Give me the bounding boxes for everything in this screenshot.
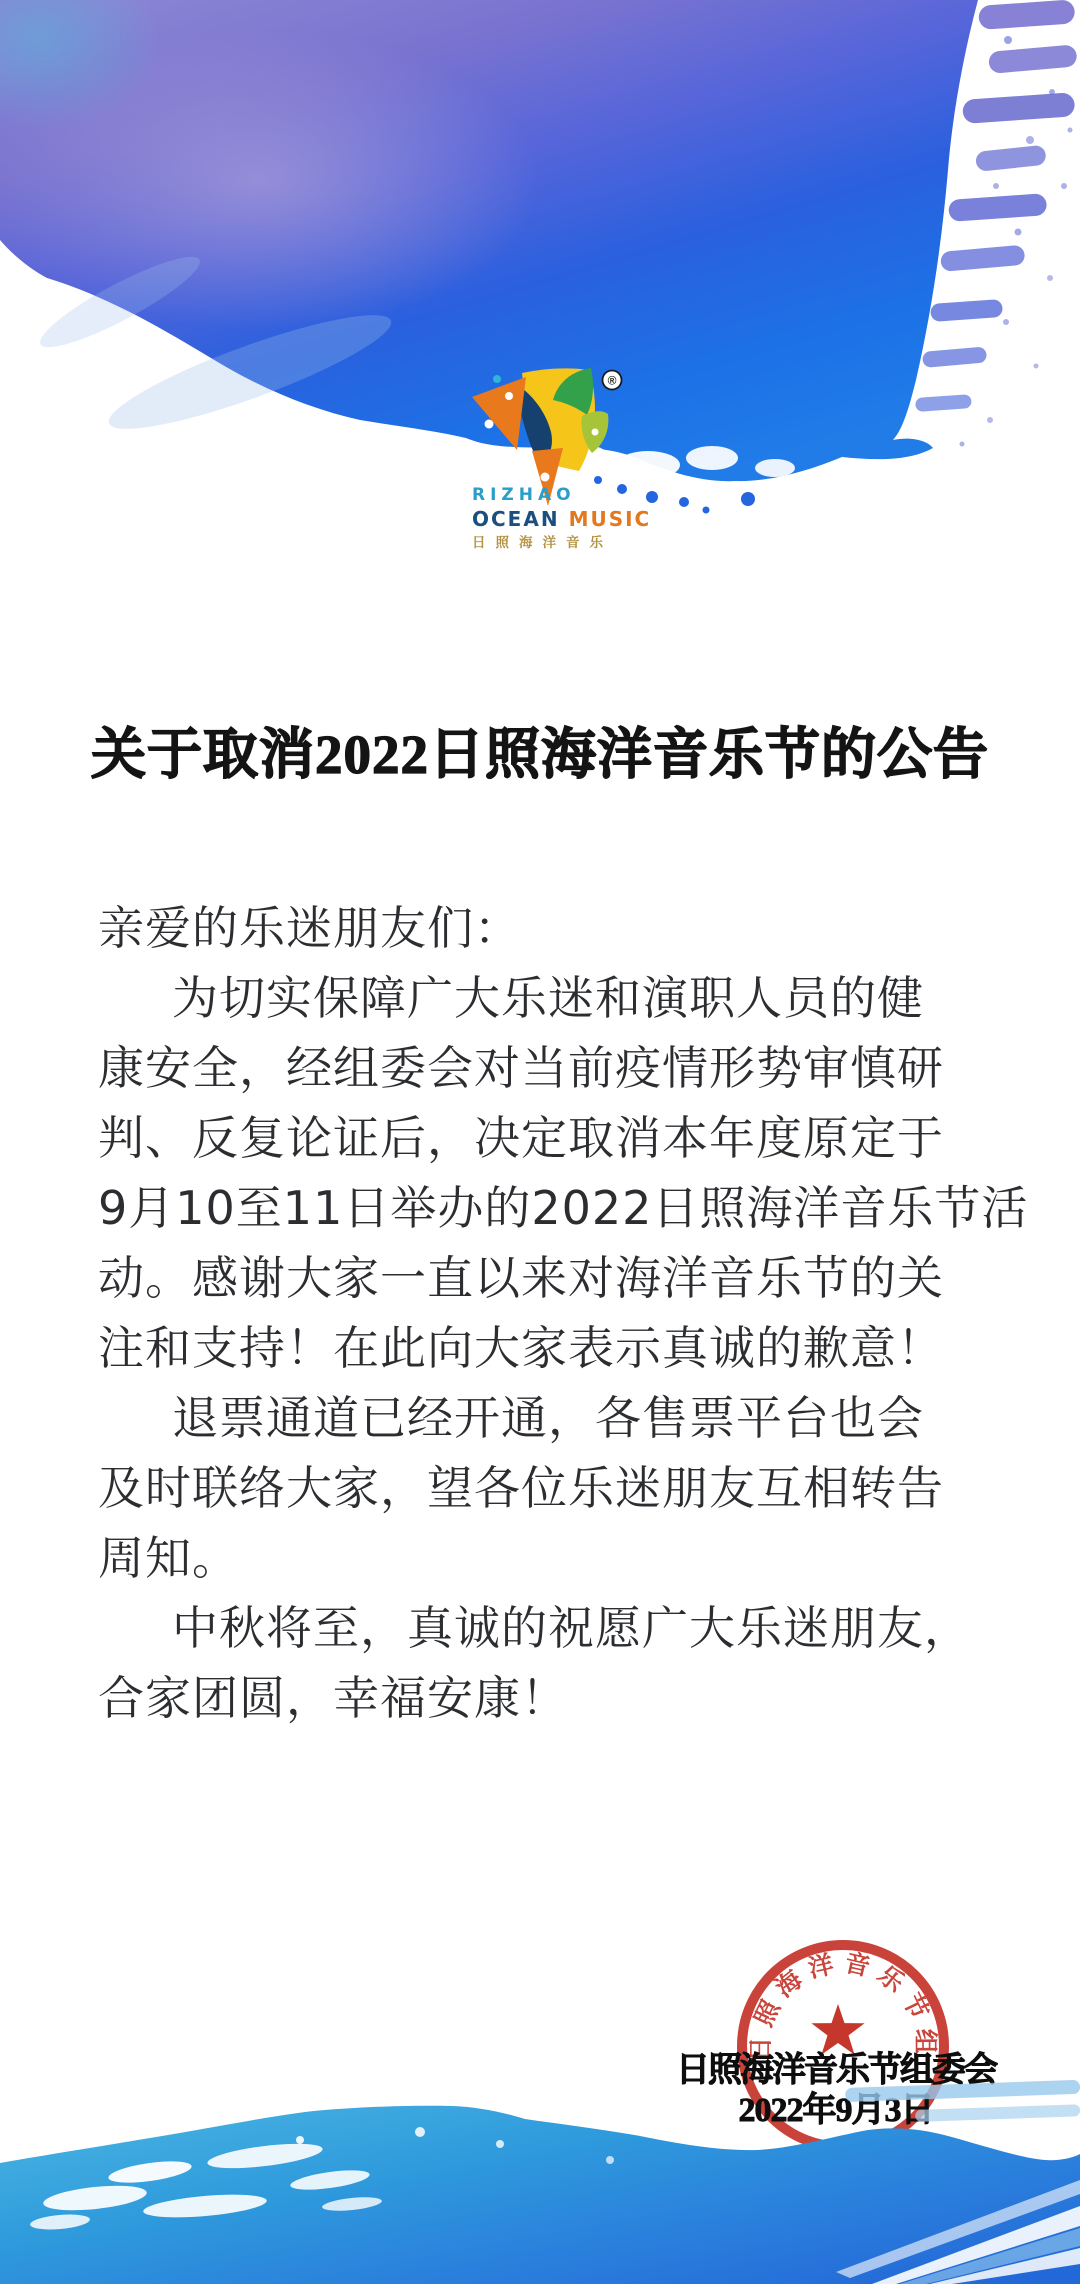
body-line: 康安全，经组委会对当前疫情形势审慎研 xyxy=(98,1033,1008,1103)
logo-word-ocean: OCEAN xyxy=(472,507,560,531)
logo-word-music: MUSIC xyxy=(569,507,652,531)
body-line: 判、反复论证后，决定取消本年度原定于 xyxy=(98,1103,1008,1173)
body-text: 亲爱的乐迷朋友们：为切实保障广大乐迷和演职人员的健康安全，经组委会对当前疫情形势… xyxy=(98,893,1008,1733)
body-line: 退票通道已经开通，各售票平台也会 xyxy=(98,1383,1008,1453)
registered-trademark-icon: ® xyxy=(603,371,622,390)
splash-bottom-main-stroke xyxy=(0,2106,1080,2284)
body-line: 注和支持！在此向大家表示真诚的歉意！ xyxy=(98,1313,1008,1383)
body-line: 动。感谢大家一直以来对海洋音乐节的关 xyxy=(98,1243,1008,1313)
logo-wordmark-ocean-music: OCEANMUSIC xyxy=(472,507,651,531)
body-line: 9月10至11日举办的2022日照海洋音乐节活 xyxy=(98,1173,1008,1243)
body-line: 中秋将至，真诚的祝愿广大乐迷朋友， xyxy=(98,1593,1008,1663)
watercolor-splash-bottom xyxy=(0,2080,1080,2284)
body-line: 亲爱的乐迷朋友们： xyxy=(98,893,1008,963)
red-star-icon xyxy=(811,2004,864,2055)
announcement-title: 关于取消2022日照海洋音乐节的公告 xyxy=(0,724,1080,786)
body-line: 及时联络大家，望各位乐迷朋友互相转告 xyxy=(98,1453,1008,1523)
announcement-poster: ® RIZHAO OCEANMUSIC 日照海洋音乐 关于取消2022日照海洋音… xyxy=(0,0,1080,2284)
body-line: 周知。 xyxy=(98,1523,1008,1593)
body-line: 为切实保障广大乐迷和演职人员的健 xyxy=(98,963,1008,1033)
logo-wordmark-chinese: 日照海洋音乐 xyxy=(472,531,613,551)
body-line: 合家团圆，幸福安康！ xyxy=(98,1663,1008,1733)
registered-mark-letter: ® xyxy=(608,374,617,388)
logo-wordmark-rizhao: RIZHAO xyxy=(472,485,576,505)
light-streaks-upper-right xyxy=(845,2080,1080,2122)
